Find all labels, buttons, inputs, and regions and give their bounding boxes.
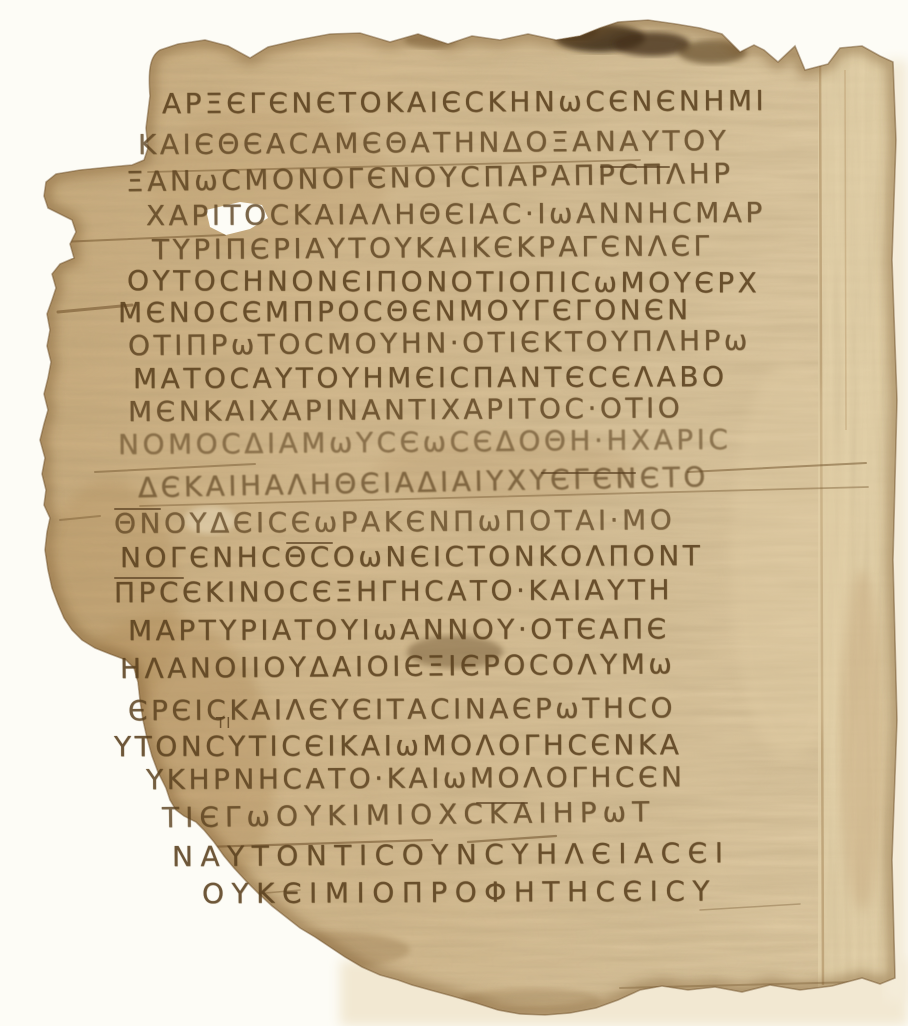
papyrus-fragment — [0, 0, 908, 1026]
papyrus-body — [0, 0, 908, 1026]
manuscript-photo: ΑΡΞЄΓЄΝЄΤΟΚΑΙЄCΚΗΝωCЄΝЄΝΗΜΙ ΚΑΙЄΘЄΑCΑΜЄΘ… — [0, 0, 908, 1026]
